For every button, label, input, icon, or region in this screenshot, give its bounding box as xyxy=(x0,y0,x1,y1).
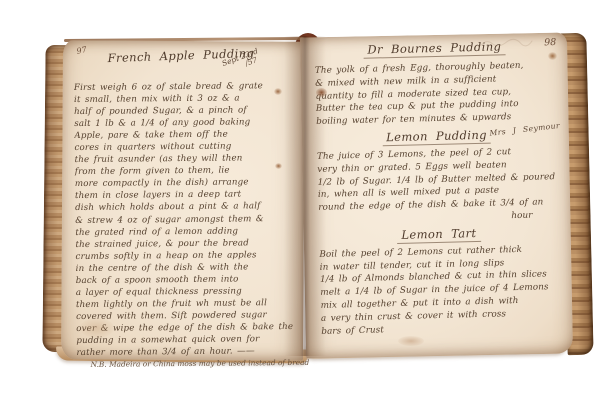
page-number-left: 97 xyxy=(76,45,88,56)
recipe-title-lemon-tart: Lemon Tart xyxy=(319,224,559,246)
recipe-body-french-apple-pudding: First weigh 6 oz of stale bread & gratei… xyxy=(74,80,298,359)
left-page: 97 French Apple Pudding Sept 23rd /57 Fi… xyxy=(61,40,305,360)
handwritten-line: over & wipe the edge of the dish & bake … xyxy=(76,321,297,335)
recipe-title-french-apple-pudding: French Apple Pudding xyxy=(107,44,294,65)
handwritten-line: rather more than 3/4 of an hour. —— xyxy=(76,345,297,359)
recipe-body-lemon-pudding: The juice of 3 Lemons, the peel of 2 cut… xyxy=(317,145,559,228)
page-number-right: 98 xyxy=(544,37,556,48)
recipe-title-dr-bournes-pudding: Dr Bournes Pudding xyxy=(314,38,554,60)
handwritten-line: First weigh 6 oz of stale bread & grate xyxy=(74,80,295,94)
recipe-footnote: N.B. Madeira or China moss may be used i… xyxy=(77,358,298,369)
right-page: 98 Dr Bournes Pudding The yolk of a fres… xyxy=(300,32,573,358)
handwritten-line: & strew 4 oz of sugar amongst them & xyxy=(75,212,296,226)
recipe-body-lemon-tart: Boil the peel of 2 Lemons cut rather thi… xyxy=(319,243,561,338)
recipe-body-dr-bournes-pudding: The yolk of a fresh Egg, thoroughly beat… xyxy=(315,59,556,129)
manuscript-recipe-book-photo: 97 French Apple Pudding Sept 23rd /57 Fi… xyxy=(0,0,616,399)
recipe-title-lemon-pudding: Lemon Pudding Mrs J Seymour xyxy=(316,126,556,148)
